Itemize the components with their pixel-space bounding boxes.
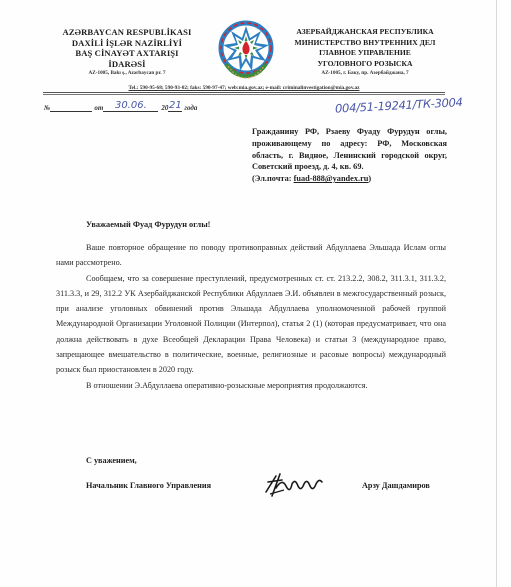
- letterhead-left-line: AZƏRBAYCAN RESPUBLİKASI: [52, 27, 202, 38]
- letterhead-left: AZƏRBAYCAN RESPUBLİKASI DAXİLİ İŞLƏR NAZ…: [52, 27, 202, 69]
- signatory-name: Арзу Дашдамиров: [362, 481, 430, 490]
- handwritten-year: 21: [169, 100, 182, 111]
- year-suffix: года: [184, 104, 197, 112]
- letter-closing: С уважением,: [86, 456, 137, 465]
- letter-page: AZƏRBAYCAN RESPUBLİKASI DAXİLİ İŞLƏR NAZ…: [0, 0, 511, 587]
- letterhead-divider: [43, 94, 445, 95]
- recipient-address: Гражданину РФ, Рзаеву Фуаду Фурудун оглы…: [252, 127, 447, 171]
- year-blank: 21: [168, 102, 182, 112]
- letter-greeting: Уважаемый Фуад Фурудун оглы!: [86, 220, 210, 229]
- letterhead-right: АЗЕРБАЙДЖАНСКАЯ РЕСПУБЛИКА МИНИСТЕРСТВО …: [285, 27, 445, 69]
- number-blank: [50, 102, 92, 112]
- letterhead-right-line: УГОЛОВНОГО РОЗЫСКА: [285, 59, 445, 70]
- letterhead-left-line: BAŞ CİNAYƏT AXTARIŞI: [52, 48, 202, 59]
- date-blank: 30.06.: [103, 102, 158, 112]
- signatory-title: Начальник Главного Управления: [86, 481, 211, 490]
- letterhead-left-line: İDARƏSİ: [52, 59, 202, 70]
- body-paragraph: Ваше повторное обращение по поводу проти…: [56, 240, 446, 271]
- page-edge: [496, 0, 497, 587]
- letter-body: Ваше повторное обращение по поводу проти…: [56, 240, 446, 393]
- letterhead-right-address: AZ-1005, г. Баку, пр. Азербайджана, 7: [285, 70, 445, 76]
- handwritten-outgoing-number: 004/51-19241/ТК-3004: [335, 94, 476, 115]
- body-paragraph: В отношении Э.Абдуллаева оперативно-розы…: [56, 378, 446, 393]
- letterhead-right-line: ГЛАВНОЕ УПРАВЛЕНИЕ: [285, 48, 445, 59]
- recipient-email-link[interactable]: fuad-888@yandex.ru: [294, 174, 369, 183]
- email-label: (Эл.почта:: [252, 174, 294, 183]
- letterhead-right-line: МИНИСТЕРСТВО ВНУТРЕННИХ ДЕЛ: [285, 38, 445, 49]
- handwritten-date: 30.06.: [115, 100, 147, 111]
- letterhead-left-address: AZ-1005, Bakı ş., Azərbaycan pr. 7: [52, 70, 202, 76]
- recipient-block: Гражданину РФ, Рзаеву Фуаду Фурудун оглы…: [252, 126, 447, 185]
- registration-line: № от 30.06. 20 21 года: [44, 100, 197, 112]
- letterhead-contacts: Tel.: 590-95-68; 590-93-02; faks: 590-97…: [44, 85, 444, 91]
- signature-icon: [262, 470, 332, 500]
- letterhead-left-line: DAXİLİ İŞLƏR NAZİRLİYİ: [52, 38, 202, 49]
- body-paragraph: Сообщаем, что за совершение преступлений…: [56, 271, 446, 378]
- year-prefix: 20: [161, 104, 168, 112]
- email-close: ): [368, 174, 371, 183]
- letterhead-divider: [43, 92, 445, 93]
- letterhead-right-line: АЗЕРБАЙДЖАНСКАЯ РЕСПУБЛИКА: [285, 27, 445, 38]
- coat-of-arms-icon: [214, 18, 278, 82]
- from-label: от: [94, 104, 103, 112]
